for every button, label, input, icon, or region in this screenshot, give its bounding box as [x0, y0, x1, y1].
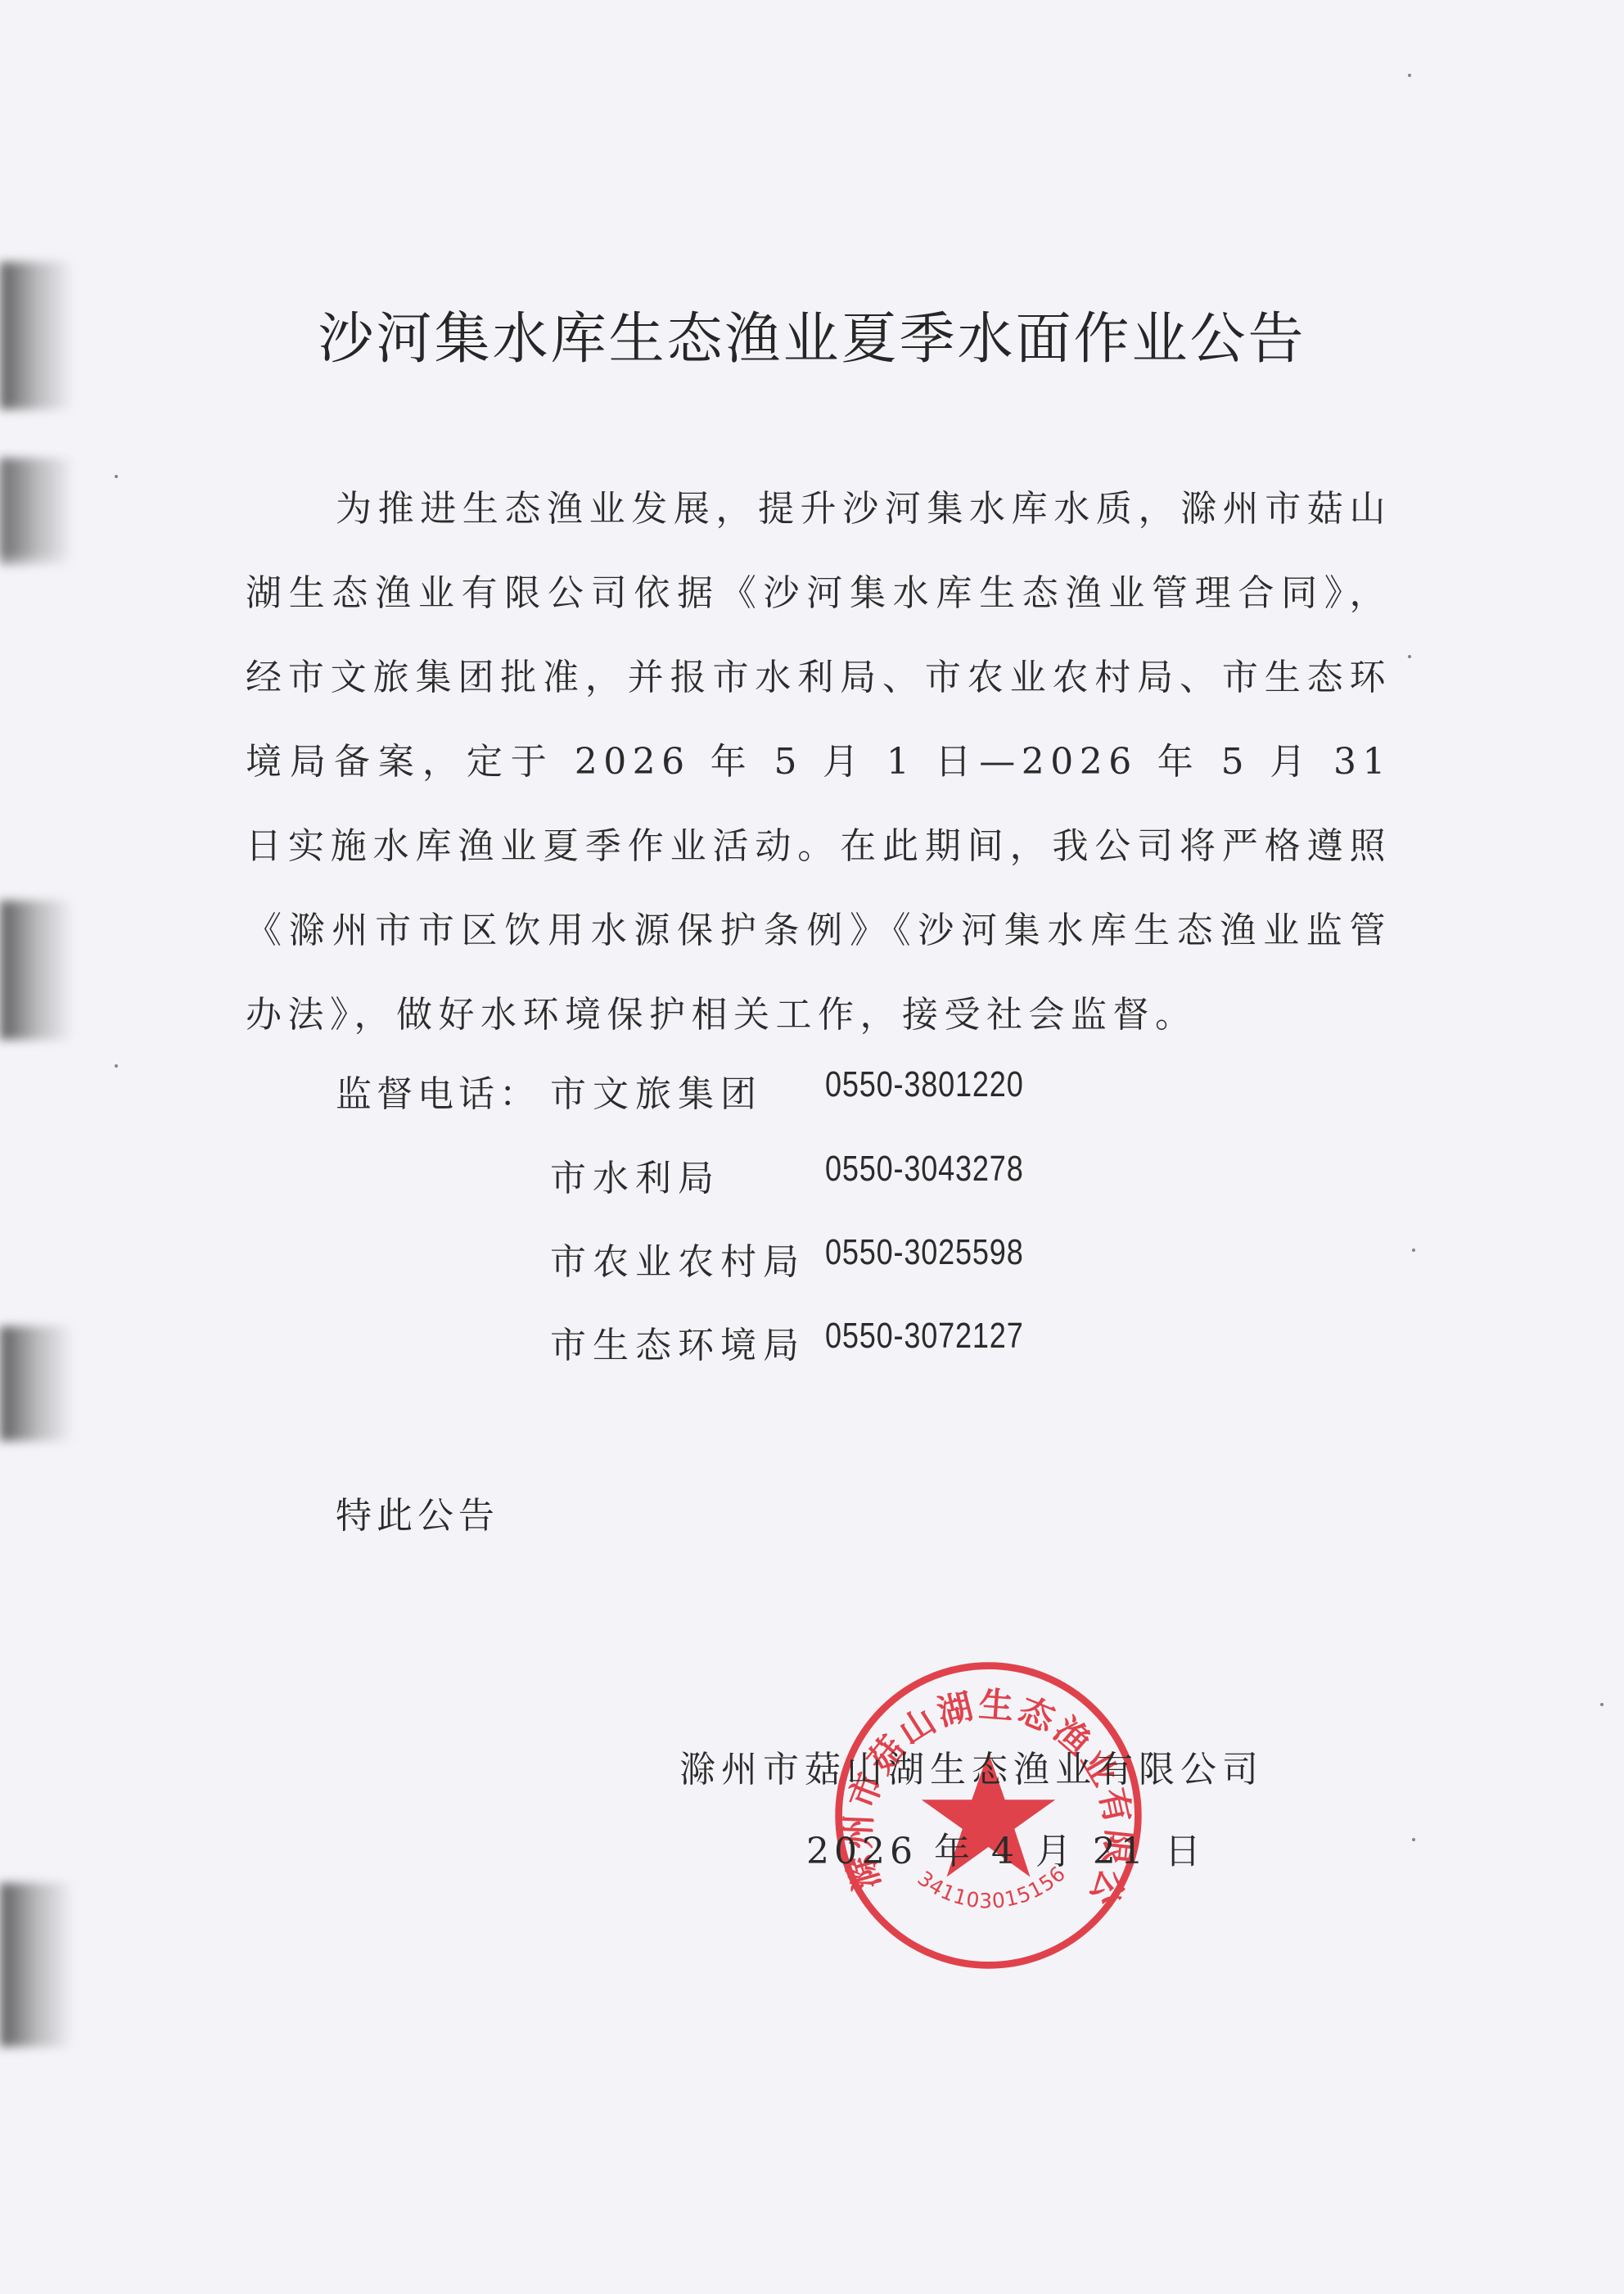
closing-line: 特此公告	[336, 1486, 499, 1538]
scan-speck	[115, 475, 118, 478]
document-title: 沙河集水库生态渔业夏季水面作业公告	[0, 295, 1624, 374]
contact-phone: 0550-3043278	[825, 1149, 1024, 1190]
scan-speck	[115, 1064, 118, 1068]
scan-speck	[1600, 1703, 1604, 1706]
contact-org: 市生态环境局	[550, 1316, 805, 1368]
contacts-label: 监督电话：	[336, 1064, 540, 1117]
contact-org: 市文旅集团	[550, 1064, 763, 1117]
scan-edge-shadow	[0, 901, 74, 1040]
scan-edge-shadow	[0, 458, 74, 565]
contact-phone: 0550-3801220	[825, 1064, 1024, 1105]
scan-edge-shadow	[0, 1326, 74, 1441]
scanned-page: 沙河集水库生态渔业夏季水面作业公告 为推进生态渔业发展，提升沙河集水库水质，滁州…	[0, 0, 1624, 2294]
scan-edge-shadow	[0, 1883, 74, 2047]
issue-date: 2026 年 4 月 21 日	[806, 1822, 1206, 1874]
issuer-signature: 滁州市菇山湖生态渔业有限公司	[679, 1740, 1264, 1792]
body-paragraph: 为推进生态渔业发展，提升沙河集水库水质，滁州市菇山湖生态渔业有限公司依据《沙河集…	[246, 467, 1392, 1057]
contact-phone: 0550-3072127	[825, 1316, 1024, 1357]
contact-org: 市水利局	[550, 1149, 720, 1201]
scan-speck	[1412, 1838, 1415, 1841]
contact-org: 市农业农村局	[550, 1232, 805, 1285]
scan-speck	[1408, 655, 1411, 658]
company-seal-stamp: 滁州市菇山湖生态渔业有限公司 3411030151562	[831, 1658, 1146, 1973]
scan-speck	[1412, 1249, 1415, 1252]
scan-speck	[1408, 74, 1411, 77]
contact-phone: 0550-3025598	[825, 1232, 1024, 1273]
